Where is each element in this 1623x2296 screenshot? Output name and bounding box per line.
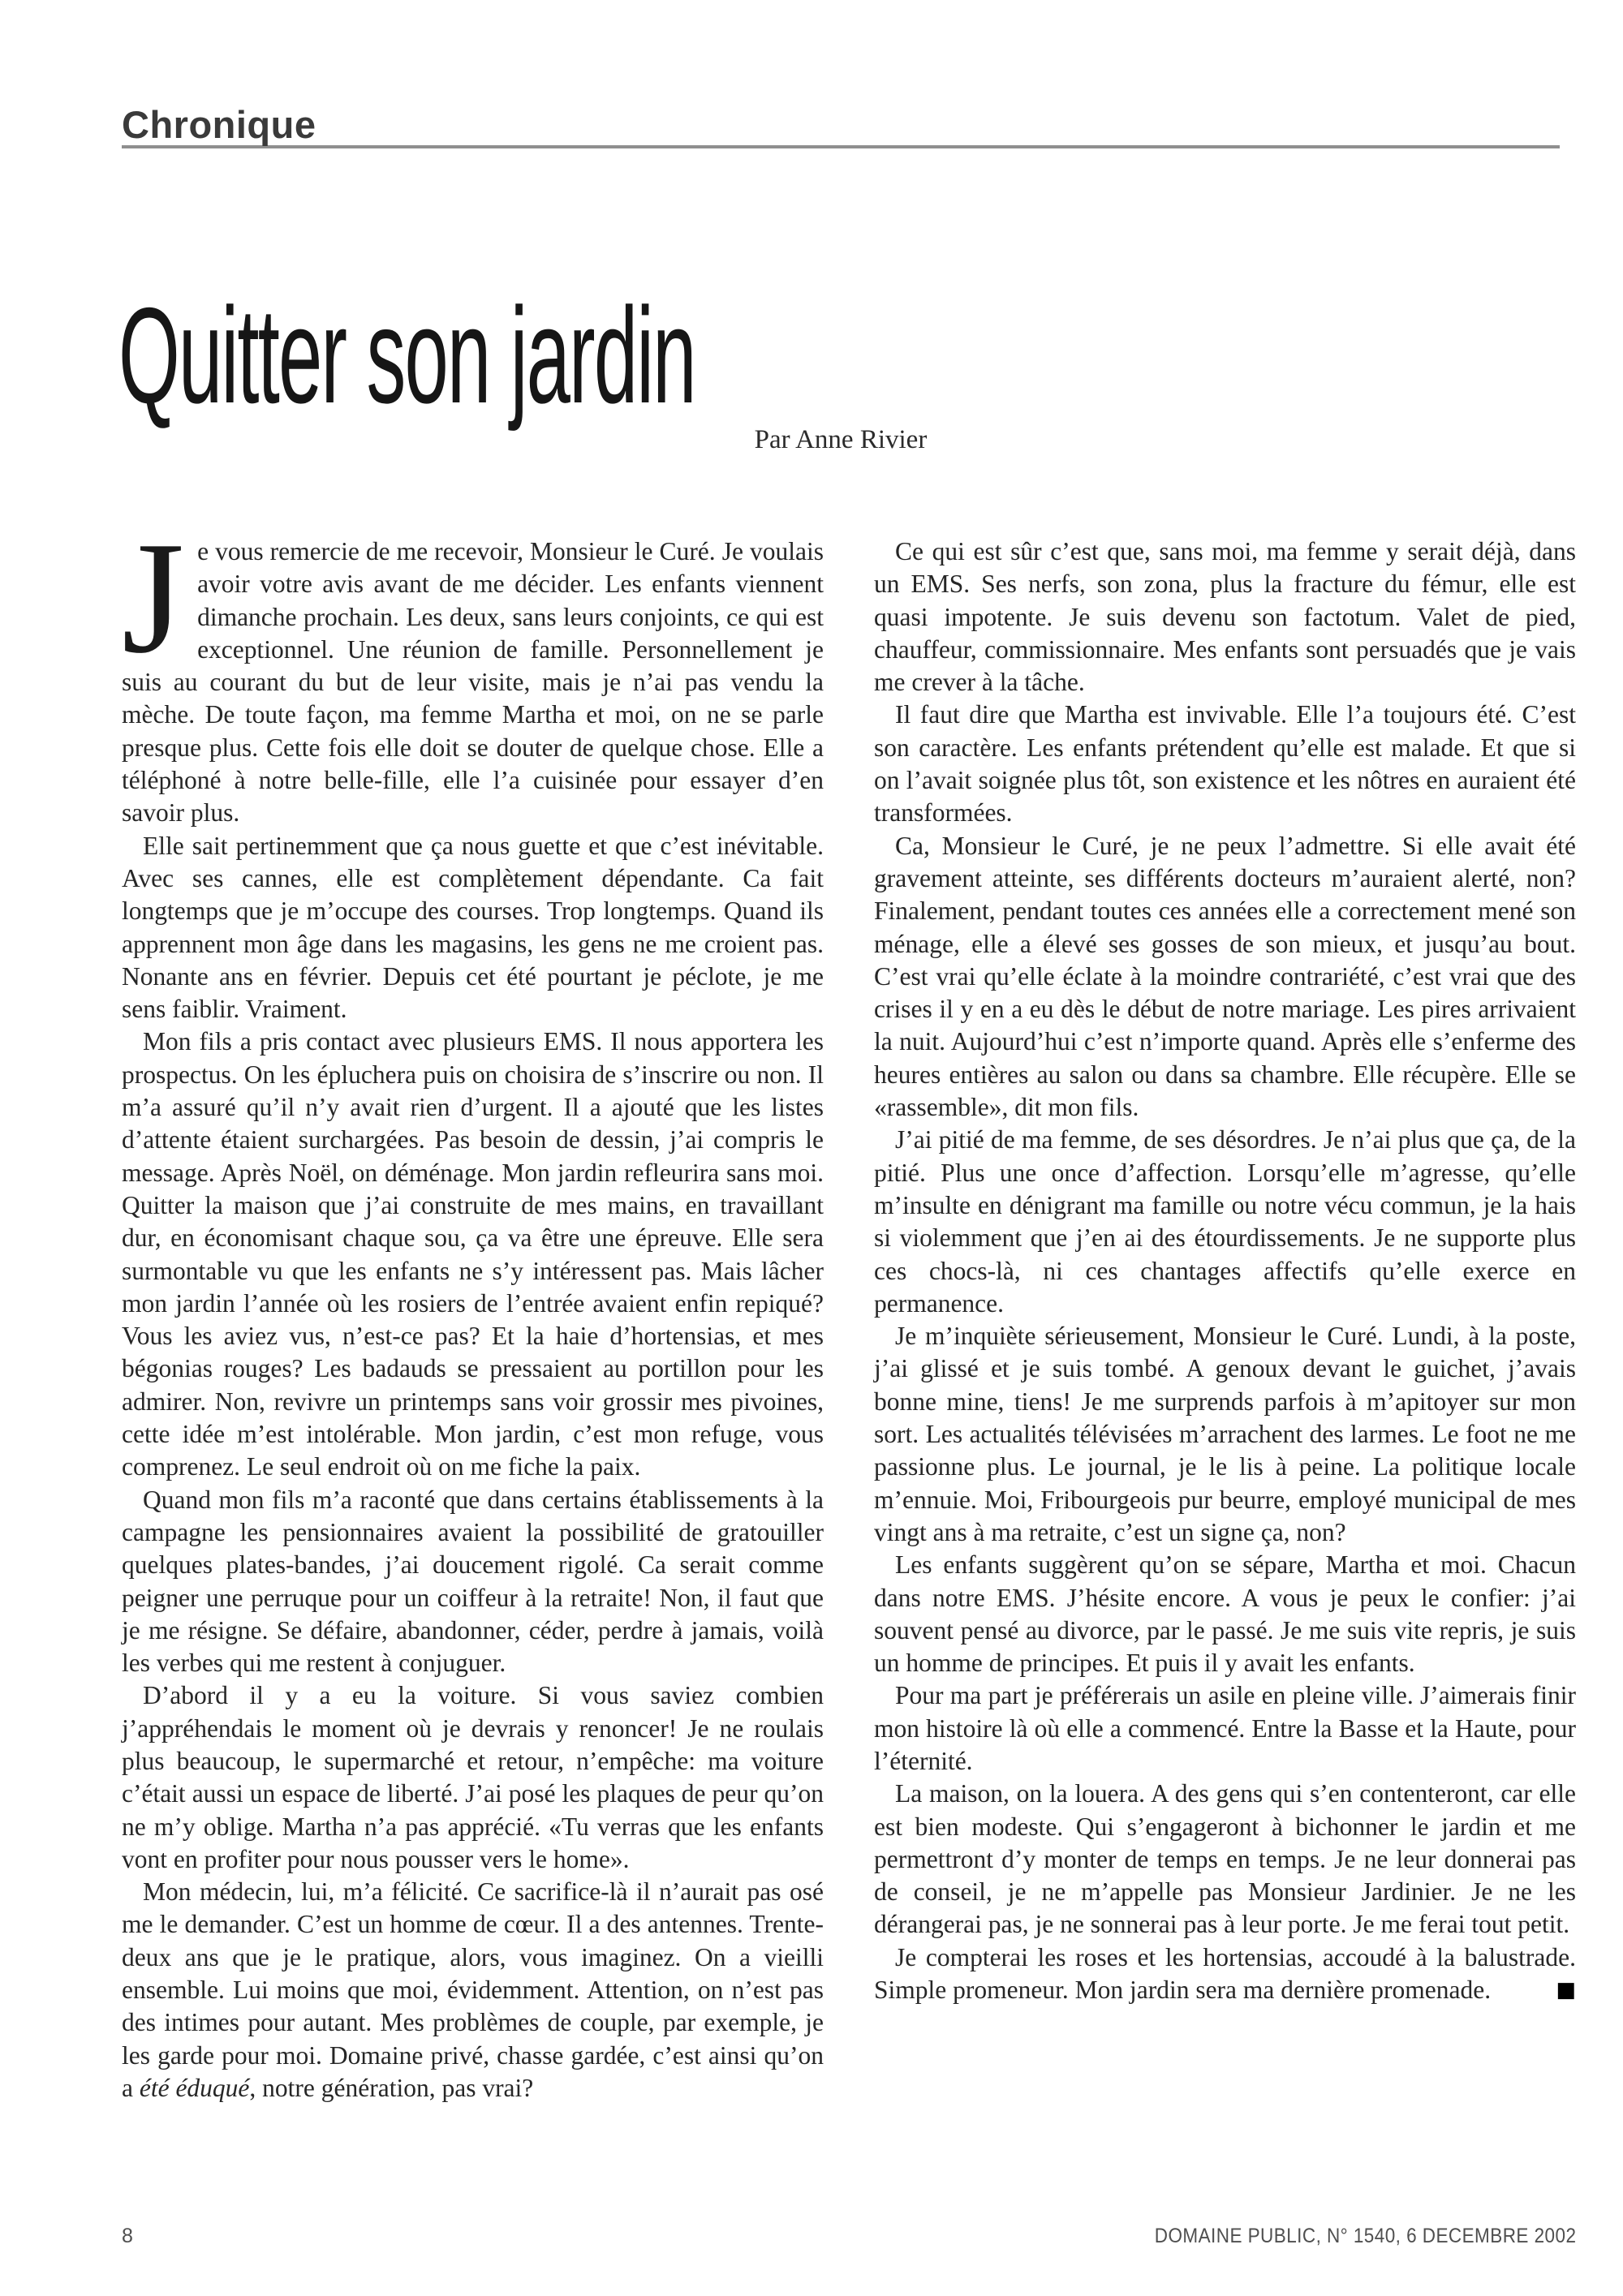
right-column: Ce qui est sûr c’est que, sans moi, ma f… <box>874 535 1576 2105</box>
paragraph: Les enfants suggèrent qu’on se sépare, M… <box>874 1549 1576 1679</box>
paragraph: Pour ma part je préférerais un asile en … <box>874 1679 1576 1778</box>
paragraph-text: , notre génération, pas vrai? <box>249 2074 533 2102</box>
byline: Par Anne Rivier <box>122 425 1560 455</box>
paragraph: La maison, on la louera. A des gens qui … <box>874 1778 1576 1941</box>
page-number: 8 <box>122 2225 133 2248</box>
paragraph: D’abord il y a eu la voiture. Si vous sa… <box>122 1679 824 1876</box>
paragraph: Mon fils a pris contact avec plusieurs E… <box>122 1025 824 1483</box>
paragraph: Je m’inquiète sérieusement, Monsieur le … <box>874 1320 1576 1549</box>
paragraph-text: e vous remercie de me recevoir, Monsieur… <box>122 537 824 827</box>
issue-line: DOMAINE PUBLIC, N° 1540, 6 DECEMBRE 2002 <box>1154 2225 1576 2248</box>
paragraph: Je compterai les roses et les hortensias… <box>874 1941 1576 2007</box>
page-footer: 8 DOMAINE PUBLIC, N° 1540, 6 DECEMBRE 20… <box>122 2225 1576 2248</box>
paragraph: Il faut dire que Martha est invivable. E… <box>874 699 1576 829</box>
paragraph-text: Je compterai les roses et les hortensias… <box>874 1943 1576 2004</box>
article-title: Quitter son jardin <box>118 286 695 424</box>
magazine-page: Chronique Quitter son jardin Par Anne Ri… <box>0 0 1623 2296</box>
paragraph: J’ai pitié de ma femme, de ses désordres… <box>874 1124 1576 1320</box>
paragraph: Je vous remercie de me recevoir, Monsieu… <box>122 535 824 830</box>
drop-cap: J <box>122 535 197 665</box>
paragraph-text: Mon médecin, lui, m’a félicité. Ce sacri… <box>122 1877 824 2102</box>
paragraph: Quand mon fils m’a raconté que dans cert… <box>122 1484 824 1680</box>
end-of-article-mark: ■ <box>1535 1980 1576 2001</box>
article-body: Je vous remercie de me recevoir, Monsieu… <box>122 535 1576 2105</box>
section-header-rule: Chronique <box>122 105 1560 148</box>
paragraph: Mon médecin, lui, m’a félicité. Ce sacri… <box>122 1876 824 2105</box>
paragraph: Elle sait pertinemment que ça nous guett… <box>122 830 824 1026</box>
paragraph: Ca, Monsieur le Curé, je ne peux l’admet… <box>874 830 1576 1124</box>
left-column: Je vous remercie de me recevoir, Monsieu… <box>122 535 824 2105</box>
paragraph: Ce qui est sûr c’est que, sans moi, ma f… <box>874 535 1576 699</box>
italic-phrase: été éduqué <box>140 2074 250 2102</box>
section-label: Chronique <box>122 105 316 144</box>
